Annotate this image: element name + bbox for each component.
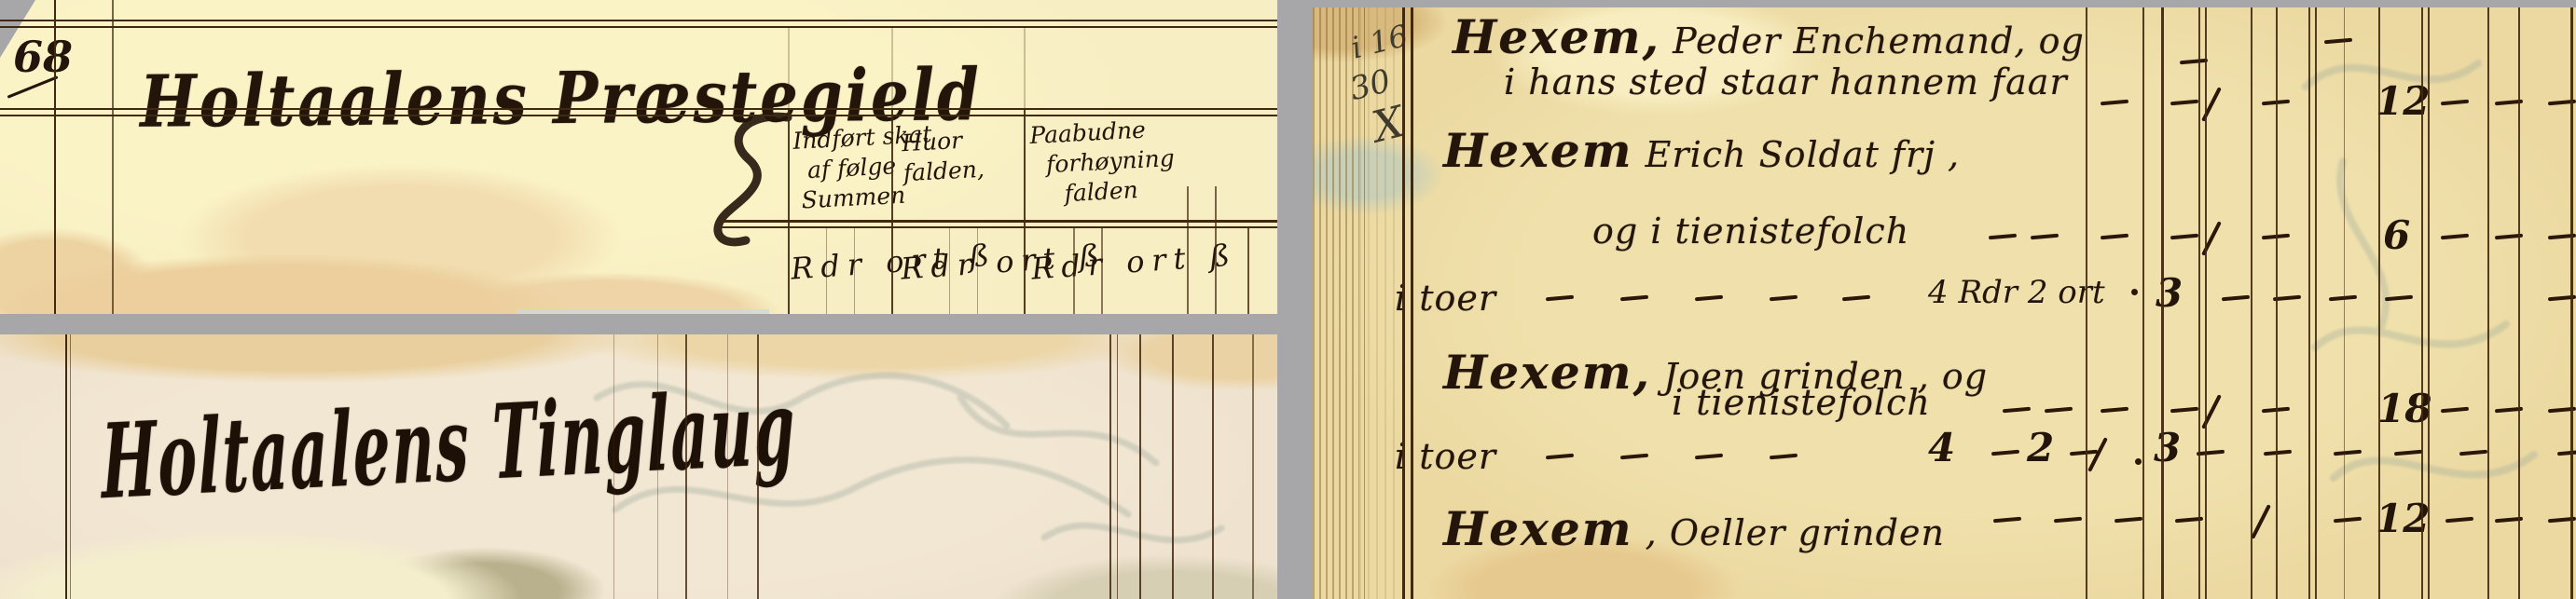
ledger-page-praestegield: 68 Holtaalens Præstegield Indført skat a… xyxy=(0,0,1277,314)
ruled-line xyxy=(2570,7,2573,599)
ruled-line xyxy=(2378,7,2380,599)
ruled-line xyxy=(788,28,790,108)
ruled-line xyxy=(54,0,56,314)
ruled-line xyxy=(1024,108,1026,314)
dash-mark xyxy=(2445,517,2473,524)
ruled-line xyxy=(1411,7,1413,599)
ruled-line xyxy=(70,334,71,599)
header-line: Huor xyxy=(901,125,984,159)
ruled-line xyxy=(788,108,790,314)
ruled-line xyxy=(721,220,1277,223)
ruled-line xyxy=(1364,7,1365,599)
ledger-page-tinglaug: Holtaalens Tinglaug xyxy=(0,334,1277,599)
ruled-line xyxy=(1212,334,1214,599)
ruled-line xyxy=(854,226,855,314)
ruled-line xyxy=(757,334,759,599)
column-header-increase: Paabudne forhøyning falden xyxy=(1029,114,1178,211)
ruled-line xyxy=(1215,186,1217,314)
ruled-line xyxy=(0,26,1277,28)
ruled-line xyxy=(2315,7,2317,599)
ruled-line xyxy=(1117,334,1118,599)
ruled-line xyxy=(891,108,893,314)
ruled-line xyxy=(1172,334,1174,599)
ruled-line xyxy=(2205,7,2207,599)
dash-mark xyxy=(2115,517,2142,524)
entry-marks: 12 xyxy=(1313,7,2576,599)
column-header-where-due: Huor falden, xyxy=(901,125,985,188)
ruled-line xyxy=(1073,226,1075,314)
dash-mark xyxy=(1993,517,2021,524)
ruled-line xyxy=(891,28,893,108)
header-line: falden, xyxy=(902,155,985,189)
ruled-line xyxy=(2142,7,2144,599)
ruled-line xyxy=(977,226,978,314)
ruled-line xyxy=(1024,28,1026,108)
ruled-line xyxy=(2421,7,2423,599)
ruled-line xyxy=(2251,7,2252,599)
ruled-line xyxy=(0,115,1277,116)
ruled-line xyxy=(2308,7,2310,599)
dash-mark xyxy=(2334,517,2362,524)
scan-edge-artifact xyxy=(517,309,769,314)
ruled-line xyxy=(0,20,1277,21)
dash-mark xyxy=(2054,517,2082,524)
ruled-line xyxy=(1109,334,1111,599)
ruled-line xyxy=(727,334,728,599)
ruled-line xyxy=(2276,7,2278,599)
ruled-line xyxy=(1187,186,1189,314)
ruled-line xyxy=(1101,226,1103,314)
ruled-line xyxy=(1139,334,1141,599)
ruled-line xyxy=(2344,7,2345,599)
ledger-page-hexem-entries: i 16 30 X Hexem, Peder Enchemand, og i h… xyxy=(1313,7,2576,599)
ruled-line xyxy=(2518,7,2520,599)
ruled-line xyxy=(112,0,114,314)
ruled-line xyxy=(949,226,950,314)
ruled-line xyxy=(721,226,1277,228)
ruled-line xyxy=(826,226,827,314)
ruled-line xyxy=(1247,226,1249,314)
ruled-line xyxy=(2487,7,2489,599)
ruled-line xyxy=(657,334,658,599)
tally-one-mark xyxy=(2251,504,2271,538)
ruled-line xyxy=(65,334,67,599)
ruled-line xyxy=(2198,7,2200,599)
ruled-line xyxy=(685,334,687,599)
ruled-line xyxy=(1252,334,1254,599)
manuscript-screenshot: 68 Holtaalens Præstegield Indført skat a… xyxy=(0,0,2576,599)
ruled-line xyxy=(2086,7,2087,599)
ruled-line xyxy=(2161,7,2164,599)
page-number: 68 xyxy=(13,32,73,82)
ruled-line xyxy=(2428,7,2430,599)
ruled-line xyxy=(0,108,1277,110)
ruled-line xyxy=(613,334,614,599)
ruled-line xyxy=(1402,7,1405,599)
